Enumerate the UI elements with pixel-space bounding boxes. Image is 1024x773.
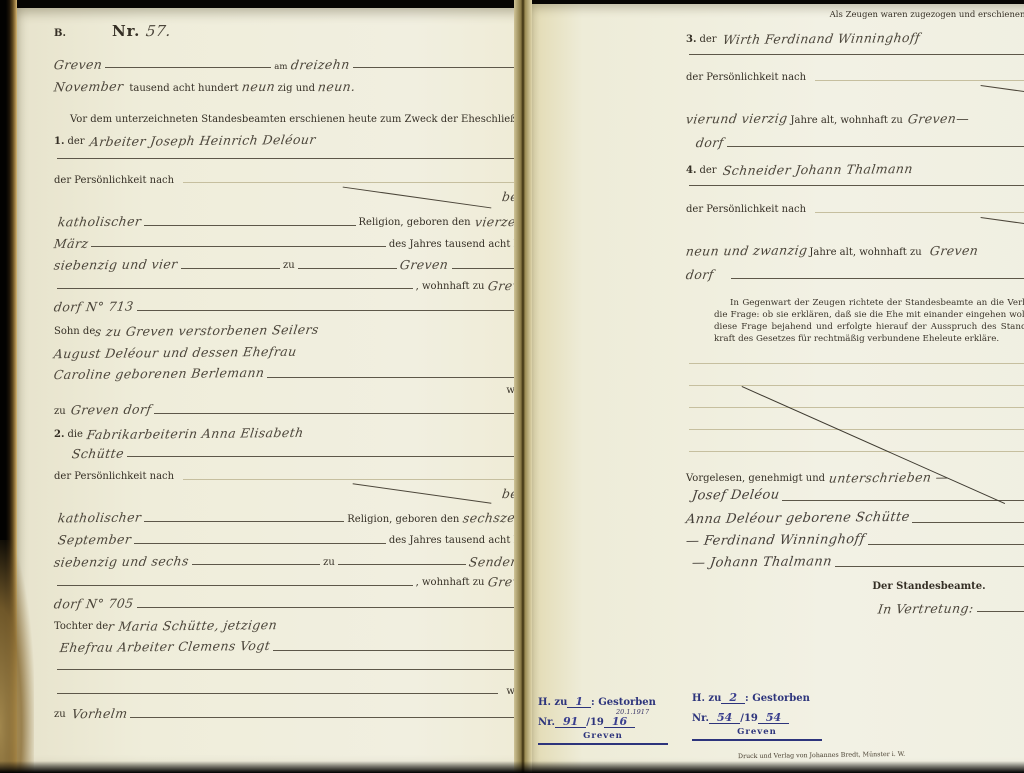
rule-line [57,288,413,289]
rule-line [868,544,1024,545]
printed-text: Vorgelesen, genehmigt und [686,473,825,486]
form-row: 1.derArbeiter Joseph Heinrich Deléour [54,133,554,149]
stamp-rule [538,743,668,745]
form-row: 2.dieFabrikarbeiterin Anna Elisabeth [54,426,554,442]
rule-line [144,521,344,522]
printed-text: zu [323,557,335,570]
book-gutter [514,0,532,773]
marginal-stamp-2: H. zu 2 : Gestorben Nr. 54 /1954 Greven [692,692,822,741]
stamp-record-number: 91 [555,716,586,728]
handwritten-text: Caroline geborenen Berlemann [53,365,266,383]
printed-text: Religion, geboren den [359,217,471,230]
handwritten-text: Fabrikarbeiterin Anna Elisabeth [86,425,305,443]
form-row: bekannt, [54,189,554,205]
handwritten-text: Greven [53,56,103,72]
handwritten-text: Greven [929,243,979,259]
handwritten-text: Schütte [71,445,125,461]
form-row: zuGreven dorf [54,402,554,418]
faint-rule-line [183,182,551,183]
form-row: dorf [686,135,1024,151]
stamp-nr-label: Nr. [692,713,709,724]
stamp-suffix: : Gestorben [591,697,656,708]
handwritten-text: August Deléour und dessen Ehefrau [53,343,298,361]
stamp-place: Greven [692,727,822,737]
blank-rule-line [689,363,1024,364]
handwritten-text: Greven [399,257,449,273]
printer-imprint: Druck und Verlag von Johannes Bredt, Mün… [738,751,905,760]
printed-text: , wohnhaft zu [416,577,485,590]
page-heading: B.Nr.57. [54,22,554,41]
handwritten-text: siebenzig und vier [53,257,179,274]
rule-line [91,246,385,247]
printed-text: der Persönlichkeit nach [54,471,174,484]
rule-line [57,669,551,670]
form-row: 4.derSchneider Johann Thalmann [686,162,1024,178]
handwritten-text: Anna Deléour geborene Schütte [685,509,911,528]
handwritten-text: Josef Deléou [691,488,781,505]
form-row: vierund vierzigJahre alt, wohnhaft zuGre… [686,111,1024,127]
blank-rule-line [689,407,1024,408]
handwritten-text: — Johann Thalmann [691,554,833,572]
rule-line [57,693,498,694]
stamp-suffix: : Gestorben [745,693,810,704]
declaration-paragraph: In Gegenwart der Zeugen richtete der Sta… [714,297,1024,345]
right-register-page: Als Zeugen waren zugezogen und erschiene… [530,4,1024,773]
form-row: Vorgelesen, genehmigt undunterschrieben … [686,470,1024,486]
record-number-value: 57. [145,22,173,41]
printed-text: zu [54,406,66,419]
form-row: der Persönlichkeit nach [54,175,554,188]
form-row: , wohnhaft zuGreven — [54,278,554,294]
form-row: Caroline geborenen Berlemann [54,366,554,382]
stamp-record-number: 54 [709,712,740,724]
printed-text: der Persönlichkeit nach [686,204,806,217]
form-row: siebenzig und sechszuSendenhorst [54,554,554,570]
handwritten-text: September [57,532,132,548]
form-row: 3.derWirth Ferdinand Winninghoff [686,31,1024,47]
form-row [686,54,1024,59]
stamp-year-prefix: /19 [740,713,758,724]
blank-rule-line [689,385,1024,386]
form-row: Tochter der Maria Schütte, jetzigen [54,618,554,634]
rule-line [267,377,551,378]
pen-stroke [352,483,491,503]
rule-line [181,268,280,269]
witness-heading: Als Zeugen waren zugezogen und erschiene… [686,10,1024,21]
rule-line [298,268,397,269]
form-row: der Persönlichkeit nach [54,471,554,484]
pen-stroke [342,186,491,208]
handwritten-text: dorf [695,135,725,151]
stamp-nr-label: Nr. [538,717,555,728]
form-row: In Vertretung: [686,601,1024,617]
stamp-year-prefix: /19 [586,717,604,728]
printed-text: 1. [54,136,64,149]
handwritten-text: dorf N° 713 [53,299,135,315]
form-row: siebenzig und vierzuGreven [54,257,554,273]
handwritten-text: katholischer [57,214,142,230]
printed-text: Religion, geboren den [347,514,459,527]
handwritten-text: November [53,79,124,95]
handwritten-text: dorf [685,267,715,283]
handwritten-text: r Maria Schütte, jetzigen [107,617,278,634]
rule-line [192,564,320,565]
printed-text: 3. [686,34,696,47]
handwritten-text: Schneider Johann Thalmann [721,161,913,179]
stamp-prefix: H. zu [538,697,567,708]
handwritten-text: dorf N° 705 [53,596,135,612]
stamp-prefix: H. zu [692,693,721,704]
form-row: August Deléour und dessen Ehefrau [54,345,554,361]
printed-text: die [67,429,83,442]
form-row: Märzdes Jahres tausend acht hundert [54,236,554,252]
form-row: Septemberdes Jahres tausend acht hundert [54,532,554,548]
printed-text: Der Standesbeamte. [872,581,985,594]
handwritten-text: Greven dorf [70,402,153,418]
printed-text: zu [283,260,295,273]
rule-line [912,522,1024,523]
form-row [686,385,1024,390]
form-row [686,363,1024,368]
signature-row: Anna Deléour geborene Schütte [686,511,1024,527]
form-row [686,451,1024,456]
form-row: bekannt, [54,486,554,502]
rule-line [137,607,551,608]
form-row: Grevenamdreizehnten [54,57,554,73]
handwritten-text: katholischer [57,510,142,526]
form-row: Sohn des zu Greven verstorbenen Seilers [54,323,554,339]
faint-rule-line [815,212,1024,213]
register-letter: B. [54,28,66,41]
rule-line [130,717,551,718]
record-number-label: Nr. [112,22,140,41]
form-row: Schütte [54,446,554,462]
blank-rule-line [689,451,1024,452]
form-row [54,158,554,163]
printed-text: 2. [54,429,64,442]
rule-line [144,225,355,226]
printed-text: Sohn de [54,326,95,339]
printed-text: der Persönlichkeit nach [54,175,174,188]
blank-rule-line [689,429,1024,430]
rule-line [835,566,1024,567]
handwritten-text: Vorhelm [71,706,129,722]
handwritten-text: neun [240,79,275,95]
signature-row: — Johann Thalmann [686,555,1024,571]
intro-paragraph: Vor dem unterzeichneten Standesbeamten e… [54,113,554,126]
handwritten-text: Greven— [907,111,970,127]
rule-line [127,456,551,457]
form-row [686,407,1024,412]
faint-rule-line [183,479,551,480]
rule-line [727,146,1024,147]
printed-text: zu [54,709,66,722]
handwritten-text: neun. [317,79,357,95]
right-page-form: Als Zeugen waren zugezogen und erschiene… [686,10,1024,650]
form-row: neun und zwanzigJahre alt, wohnhaft zuGr… [686,243,1024,259]
printed-text: am [274,62,287,73]
form-row [686,429,1024,434]
printed-text: Als Zeugen waren zugezogen und erschiene… [830,10,1024,21]
handwritten-text: neun und zwanzig [685,243,809,260]
registrar-title: Der Standesbeamte. [686,581,1024,594]
pen-stroke [980,85,1024,104]
form-row: bekannt, [686,87,1024,103]
printed-text: Jahre alt, wohnhaft zu [809,247,921,260]
form-row: wohnhaft [54,686,554,699]
form-row: wohnhaft [54,385,554,398]
form-row: dorf [686,267,1024,283]
form-row: Ehefrau Arbeiter Clemens Vogt [54,639,554,655]
registrar-signature: Winters. [686,616,1024,650]
printed-text: Tochter de [54,621,108,634]
printed-text: , wohnhaft zu [416,281,485,294]
rule-line [689,185,1024,186]
rule-line [782,500,1024,501]
printed-text: Jahre alt, wohnhaft zu [791,115,903,128]
printed-text: zig und [278,83,315,96]
printed-text: der [699,34,716,47]
handwritten-text: März [53,235,90,251]
form-row: Novembertausend acht hundertneunzig undn… [54,79,554,95]
printed-text: tausend acht hundert [129,83,238,96]
stamp-entry-number: 1 [567,696,591,708]
handwritten-death-date: 20.1.1917 [616,708,649,716]
form-row: zuVorhelm [54,706,554,722]
rule-line [689,54,1024,55]
stamp-entry-number: 2 [721,692,745,704]
handwritten-text: Arbeiter Joseph Heinrich Deléour [88,132,316,150]
handwritten-text: siebenzig und sechs [53,553,190,570]
printed-text: der [699,165,716,178]
rule-line [137,310,551,311]
form-row [686,185,1024,190]
printed-text: der [67,136,84,149]
rule-line [977,611,1024,612]
left-page-form: B.Nr.57.GrevenamdreizehntenNovembertause… [54,22,554,722]
stamp-year-value: 54 [758,712,789,724]
printed-text: der Persönlichkeit nach [686,72,806,85]
handwritten-text: In Vertretung: [877,600,975,617]
faint-rule-line [815,80,1024,81]
rule-line [731,278,1024,279]
page-stack-highlight [0,540,34,773]
handwritten-text: Ehefrau Arbeiter Clemens Vogt [59,638,271,656]
form-row: dorf N° 705 [54,596,554,612]
stamp-place: Greven [538,731,668,741]
form-row: der Persönlichkeit nach [686,204,1024,217]
rule-line [105,67,271,68]
form-row: dorf N° 713 [54,299,554,315]
rule-line [134,543,386,544]
handwritten-text: dreizehn [290,56,351,72]
register-book-spread: B.Nr.57.GrevenamdreizehntenNovembertause… [0,0,1024,773]
signature-row: — Ferdinand Winninghoff [686,533,1024,549]
rule-line [57,585,413,586]
form-row: bekannt, [686,219,1024,235]
handwritten-text: s zu Greven verstorbenen Seilers [94,322,320,340]
rule-line [57,158,551,159]
rule-line [338,564,466,565]
handwritten-text: — Ferdinand Winninghoff [685,532,866,550]
rule-line [273,650,551,651]
marginal-stamp-1: H. zu 1 : Gestorben 20.1.1917 Nr. 91 /19… [538,696,668,745]
form-row [54,669,554,674]
rule-line [353,67,519,68]
handwritten-text: Wirth Ferdinand Winninghoff [721,30,920,48]
handwritten-text: vierund vierzig [685,111,789,128]
scan-edge-shadow [0,761,1024,773]
form-row: katholischerReligion, geboren denvierzeh… [54,214,554,230]
stamp-rule [692,739,822,741]
rule-line [154,413,551,414]
form-row: der Persönlichkeit nach [686,72,1024,85]
form-row: katholischerReligion, geboren densechsze… [54,510,554,526]
signature-row: Josef Deléou [686,488,1024,504]
pen-stroke [980,217,1024,236]
stamp-year-value: 16 [604,716,635,728]
form-row: , wohnhaft zuGreven — [54,574,554,590]
printed-text: 4. [686,165,696,178]
